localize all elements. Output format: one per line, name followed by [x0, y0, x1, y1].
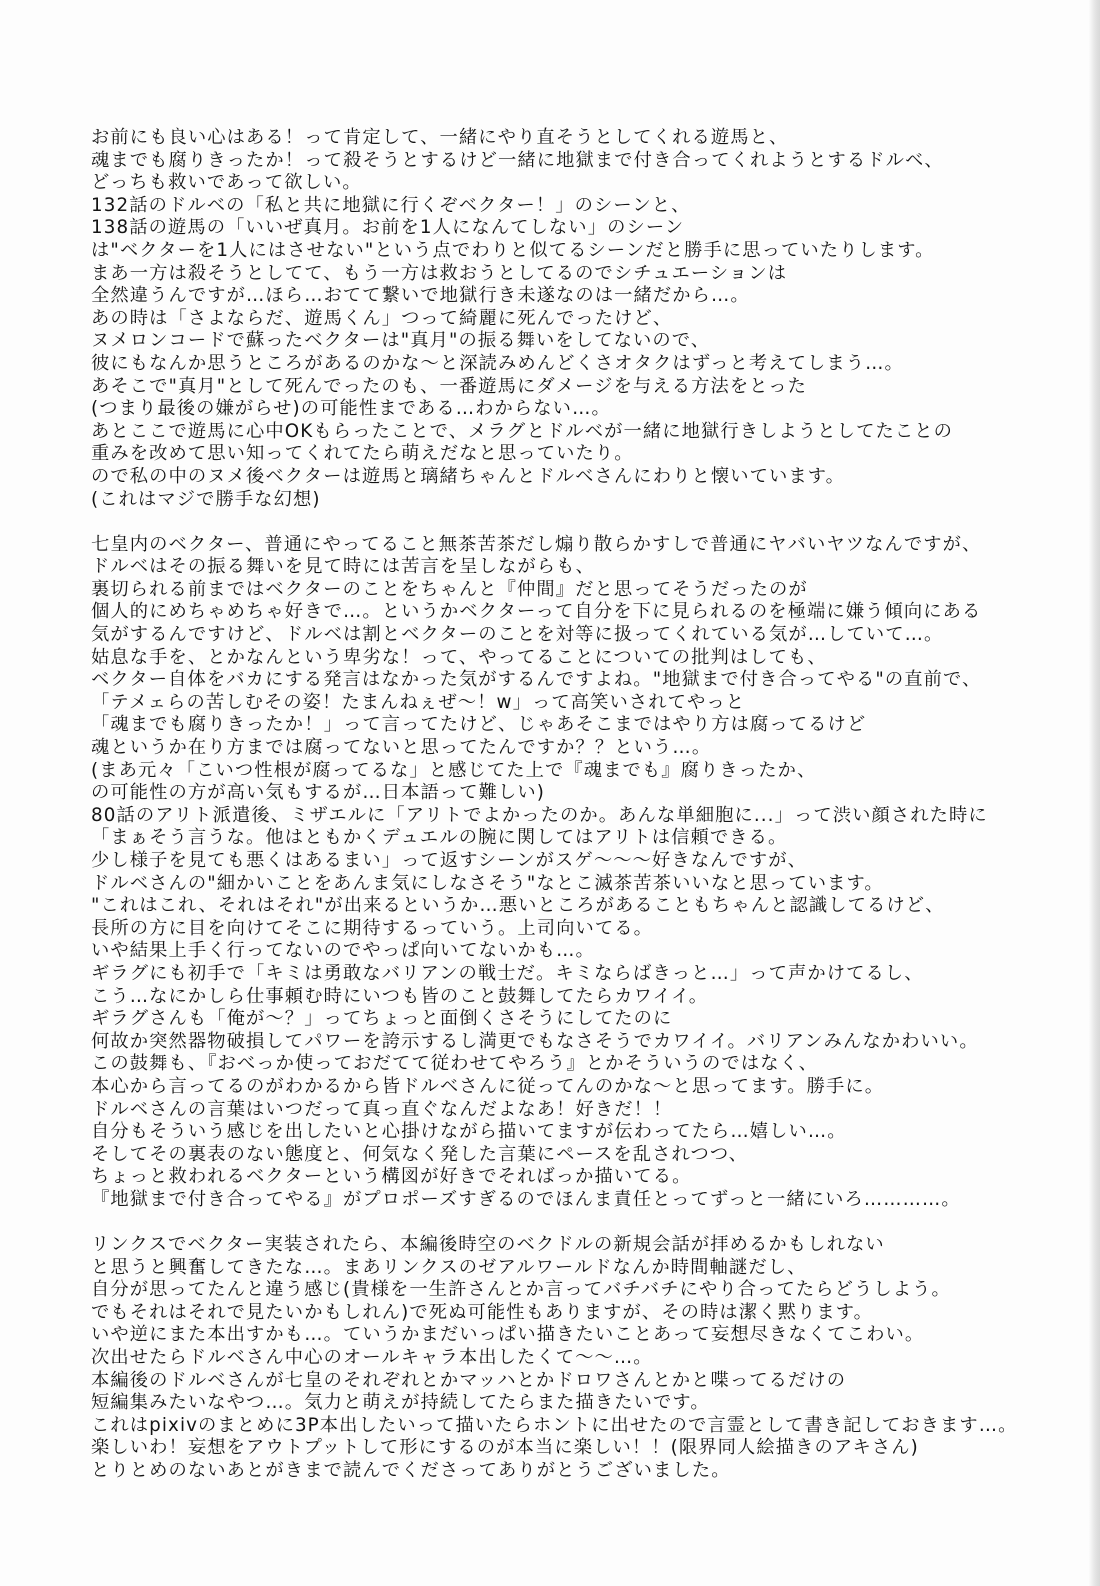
text-line: 彼にもなんか思うところがあるのかな～と深読みめんどくさオタクはずっと考えてしまう…: [91, 353, 1091, 376]
text-line: ちょっと救われるベクターという構図が好きでそればっか描いてる。: [91, 1166, 1091, 1189]
text-line: "これはこれ、それはそれ"が出来るというか…悪いところがあることもちゃんと認識し…: [91, 895, 1091, 918]
text-line: 自分が思ってたんと違う感じ(貴様を一生許さんとか言ってバチバチにやり合ってたらど…: [91, 1279, 1091, 1302]
text-line: とりとめのないあとがきまで読んでくださってありがとうございました。: [91, 1460, 1091, 1483]
text-line: 80話のアリト派遣後、ミザエルに「アリトでよかったのか。あんな単細胞に...」っ…: [91, 805, 1091, 828]
text-line: これはpixivのまとめに3P本出したいって描いたらホントに出せたので言霊として…: [91, 1415, 1091, 1438]
text-line: 「まぁそう言うな。他はともかくデュエルの腕に関してはアリトは信頼できる。: [91, 827, 1091, 850]
text-line: リンクスでベクター実装されたら、本編後時空のベクドルの新規会話が拝めるかもしれな…: [91, 1234, 1091, 1257]
text-line: 自分もそういう感じを出したいと心掛けながら描いてますが伝わってたら…嬉しい…。: [91, 1121, 1091, 1144]
text-line: ギラグにも初手で「キミは勇敢なバリアンの戦士だ。キミならばきっと…」って声かけて…: [91, 963, 1091, 986]
text-line: 次出せたらドルベさん中心のオールキャラ本出したくて～～…。: [91, 1347, 1091, 1370]
text-line: 姑息な手を、とかなんという卑劣な！って、やってることについての批判はしても、: [91, 647, 1091, 670]
text-line: どっちも救いであって欲しい。: [91, 172, 1091, 195]
text-line: あとここで遊馬に心中OKもらったことで、メラグとドルベが一緒に地獄行きしようとし…: [91, 421, 1091, 444]
text-line: の可能性の方が高い気もするが…日本語って難しい): [91, 782, 1091, 805]
text-line: 132話のドルベの「私と共に地獄に行くぞベクター！」のシーンと、: [91, 195, 1091, 218]
text-line: ドルベさんの"細かいことをあんま気にしなさそう"なとこ滅茶苦茶いいなと思っていま…: [91, 873, 1091, 896]
paragraph-1: お前にも良い心はある！って肯定して、一緒にやり直そうとしてくれる遊馬と、 魂まで…: [91, 127, 1091, 511]
text-line: まあ一方は殺そうとしてて、もう一方は救おうとしてるのでシチュエーションは: [91, 263, 1091, 286]
text-line: と思うと興奮してきたな…。まあリンクスのゼアルワールドなんか時間軸謎だし、: [91, 1257, 1091, 1280]
text-line: そしてその裏表のない態度と、何気なく発した言葉にペースを乱されつつ、: [91, 1144, 1091, 1167]
text-line: 全然違うんですが…ほら…おてて繋いで地獄行き未遂なのは一緒だから…。: [91, 285, 1091, 308]
text-line: 魂というか在り方までは腐ってないと思ってたんですか？？という…。: [91, 737, 1091, 760]
text-line: 本編後のドルベさんが七皇のそれぞれとかマッハとかドロワさんとかと喋ってるだけの: [91, 1370, 1091, 1393]
text-line: 「テメェらの苦しむその姿！たまんねぇぜ～！w」って高笑いされてやっと: [91, 692, 1091, 715]
document-page: お前にも良い心はある！って肯定して、一緒にやり直そうとしてくれる遊馬と、 魂まで…: [0, 0, 1100, 1586]
text-line: あそこで"真月"として死んでったのも、一番遊馬にダメージを与える方法をとった: [91, 376, 1091, 399]
text-line: 少し様子を見ても悪くはあるまい」って返すシーンがスゲ～～～好きなんですが、: [91, 850, 1091, 873]
text-line: 本心から言ってるのがわかるから皆ドルベさんに従ってんのかな～と思ってます。勝手に…: [91, 1076, 1091, 1099]
text-line: 長所の方に目を向けてそこに期待するっていう。上司向いてる。: [91, 918, 1091, 941]
text-line: 七皇内のベクター、普通にやってること無茶苦茶だし煽り散らかすしで普通にヤバいヤツ…: [91, 534, 1091, 557]
text-line: は"ベクターを1人にはさせない"という点でわりと似てるシーンだと勝手に思っていた…: [91, 240, 1091, 263]
text-line: 重みを改めて思い知ってくれてたら萌えだなと思っていたり。: [91, 443, 1091, 466]
text-line: ギラグさんも「俺が～？」ってちょっと面倒くさそうにしてたのに: [91, 1008, 1091, 1031]
text-line: 短編集みたいなやつ…。気力と萌えが持続してたらまた描きたいです。: [91, 1392, 1091, 1415]
text-line: いや逆にまた本出すかも…。ていうかまだいっぱい描きたいことあって妄想尽きなくてこ…: [91, 1324, 1091, 1347]
paragraph-2: 七皇内のベクター、普通にやってること無茶苦茶だし煽り散らかすしで普通にヤバいヤツ…: [91, 534, 1091, 1212]
text-line: 気がするんですけど、ドルベは割とベクターのことを対等に扱ってくれている気が…して…: [91, 624, 1091, 647]
text-line: ので私の中のヌメ後ベクターは遊馬と璃緒ちゃんとドルベさんにわりと懐いています。: [91, 466, 1091, 489]
text-line: 「魂までも腐りきったか！」って言ってたけど、じゃあそこまではやり方は腐ってるけど: [91, 714, 1091, 737]
text-line: (まあ元々「こいつ性根が腐ってるな」と感じてた上で『魂までも』腐りきったか、: [91, 760, 1091, 783]
text-line: (これはマジで勝手な幻想): [91, 489, 1091, 512]
text-line: この鼓舞も、『おべっか使っておだてて従わせてやろう』とかそういうのではなく、: [91, 1053, 1091, 1076]
text-line: ドルベはその振る舞いを見て時には苦言を呈しながらも、: [91, 556, 1091, 579]
text-line: 楽しいわ！妄想をアウトプットして形にするのが本当に楽しい！！(限界同人絵描きのア…: [91, 1437, 1091, 1460]
text-line: 裏切られる前まではベクターのことをちゃんと『仲間』だと思ってそうだったのが: [91, 579, 1091, 602]
text-line: こう…なにかしら仕事頼む時にいつも皆のこと鼓舞してたらカワイイ。: [91, 986, 1091, 1009]
text-line: ベクター自体をバカにする発言はなかった気がするんですよね。"地獄まで付き合ってや…: [91, 669, 1091, 692]
afterword-text: お前にも良い心はある！って肯定して、一緒にやり直そうとしてくれる遊馬と、 魂まで…: [91, 127, 1091, 1483]
text-line: いや結果上手く行ってないのでやっぱ向いてないかも…。: [91, 940, 1091, 963]
text-line: ヌメロンコードで蘇ったベクターは"真月"の振る舞いをしてないので、: [91, 330, 1091, 353]
text-line: お前にも良い心はある！って肯定して、一緒にやり直そうとしてくれる遊馬と、: [91, 127, 1091, 150]
paragraph-3: リンクスでベクター実装されたら、本編後時空のベクドルの新規会話が拝めるかもしれな…: [91, 1234, 1091, 1483]
text-line: 138話の遊馬の「いいぜ真月。お前を1人になんてしない」のシーン: [91, 217, 1091, 240]
text-line: 個人的にめちゃめちゃ好きで…。というかベクターって自分を下に見られるのを極端に嫌…: [91, 601, 1091, 624]
text-line: あの時は「さよならだ、遊馬くん」つって綺麗に死んでったけど、: [91, 308, 1091, 331]
page-edge-shadow: [1088, 0, 1100, 1586]
text-line: (つまり最後の嫌がらせ)の可能性まである…わからない…。: [91, 398, 1091, 421]
text-line: 何故か突然器物破損してパワーを誇示するし満更でもなさそうでカワイイ。バリアンみん…: [91, 1031, 1091, 1054]
text-line: ドルベさんの言葉はいつだって真っ直ぐなんだよなあ！好きだ！！: [91, 1099, 1091, 1122]
text-line: でもそれはそれで見たいかもしれん)で死ぬ可能性もありますが、その時は潔く黙ります…: [91, 1302, 1091, 1325]
text-line: 魂までも腐りきったか！って殺そうとするけど一緒に地獄まで付き合ってくれようとする…: [91, 150, 1091, 173]
text-line: 『地獄まで付き合ってやる』がプロポーズすぎるのでほんま責任とってずっと一緒にいろ…: [91, 1189, 1091, 1212]
